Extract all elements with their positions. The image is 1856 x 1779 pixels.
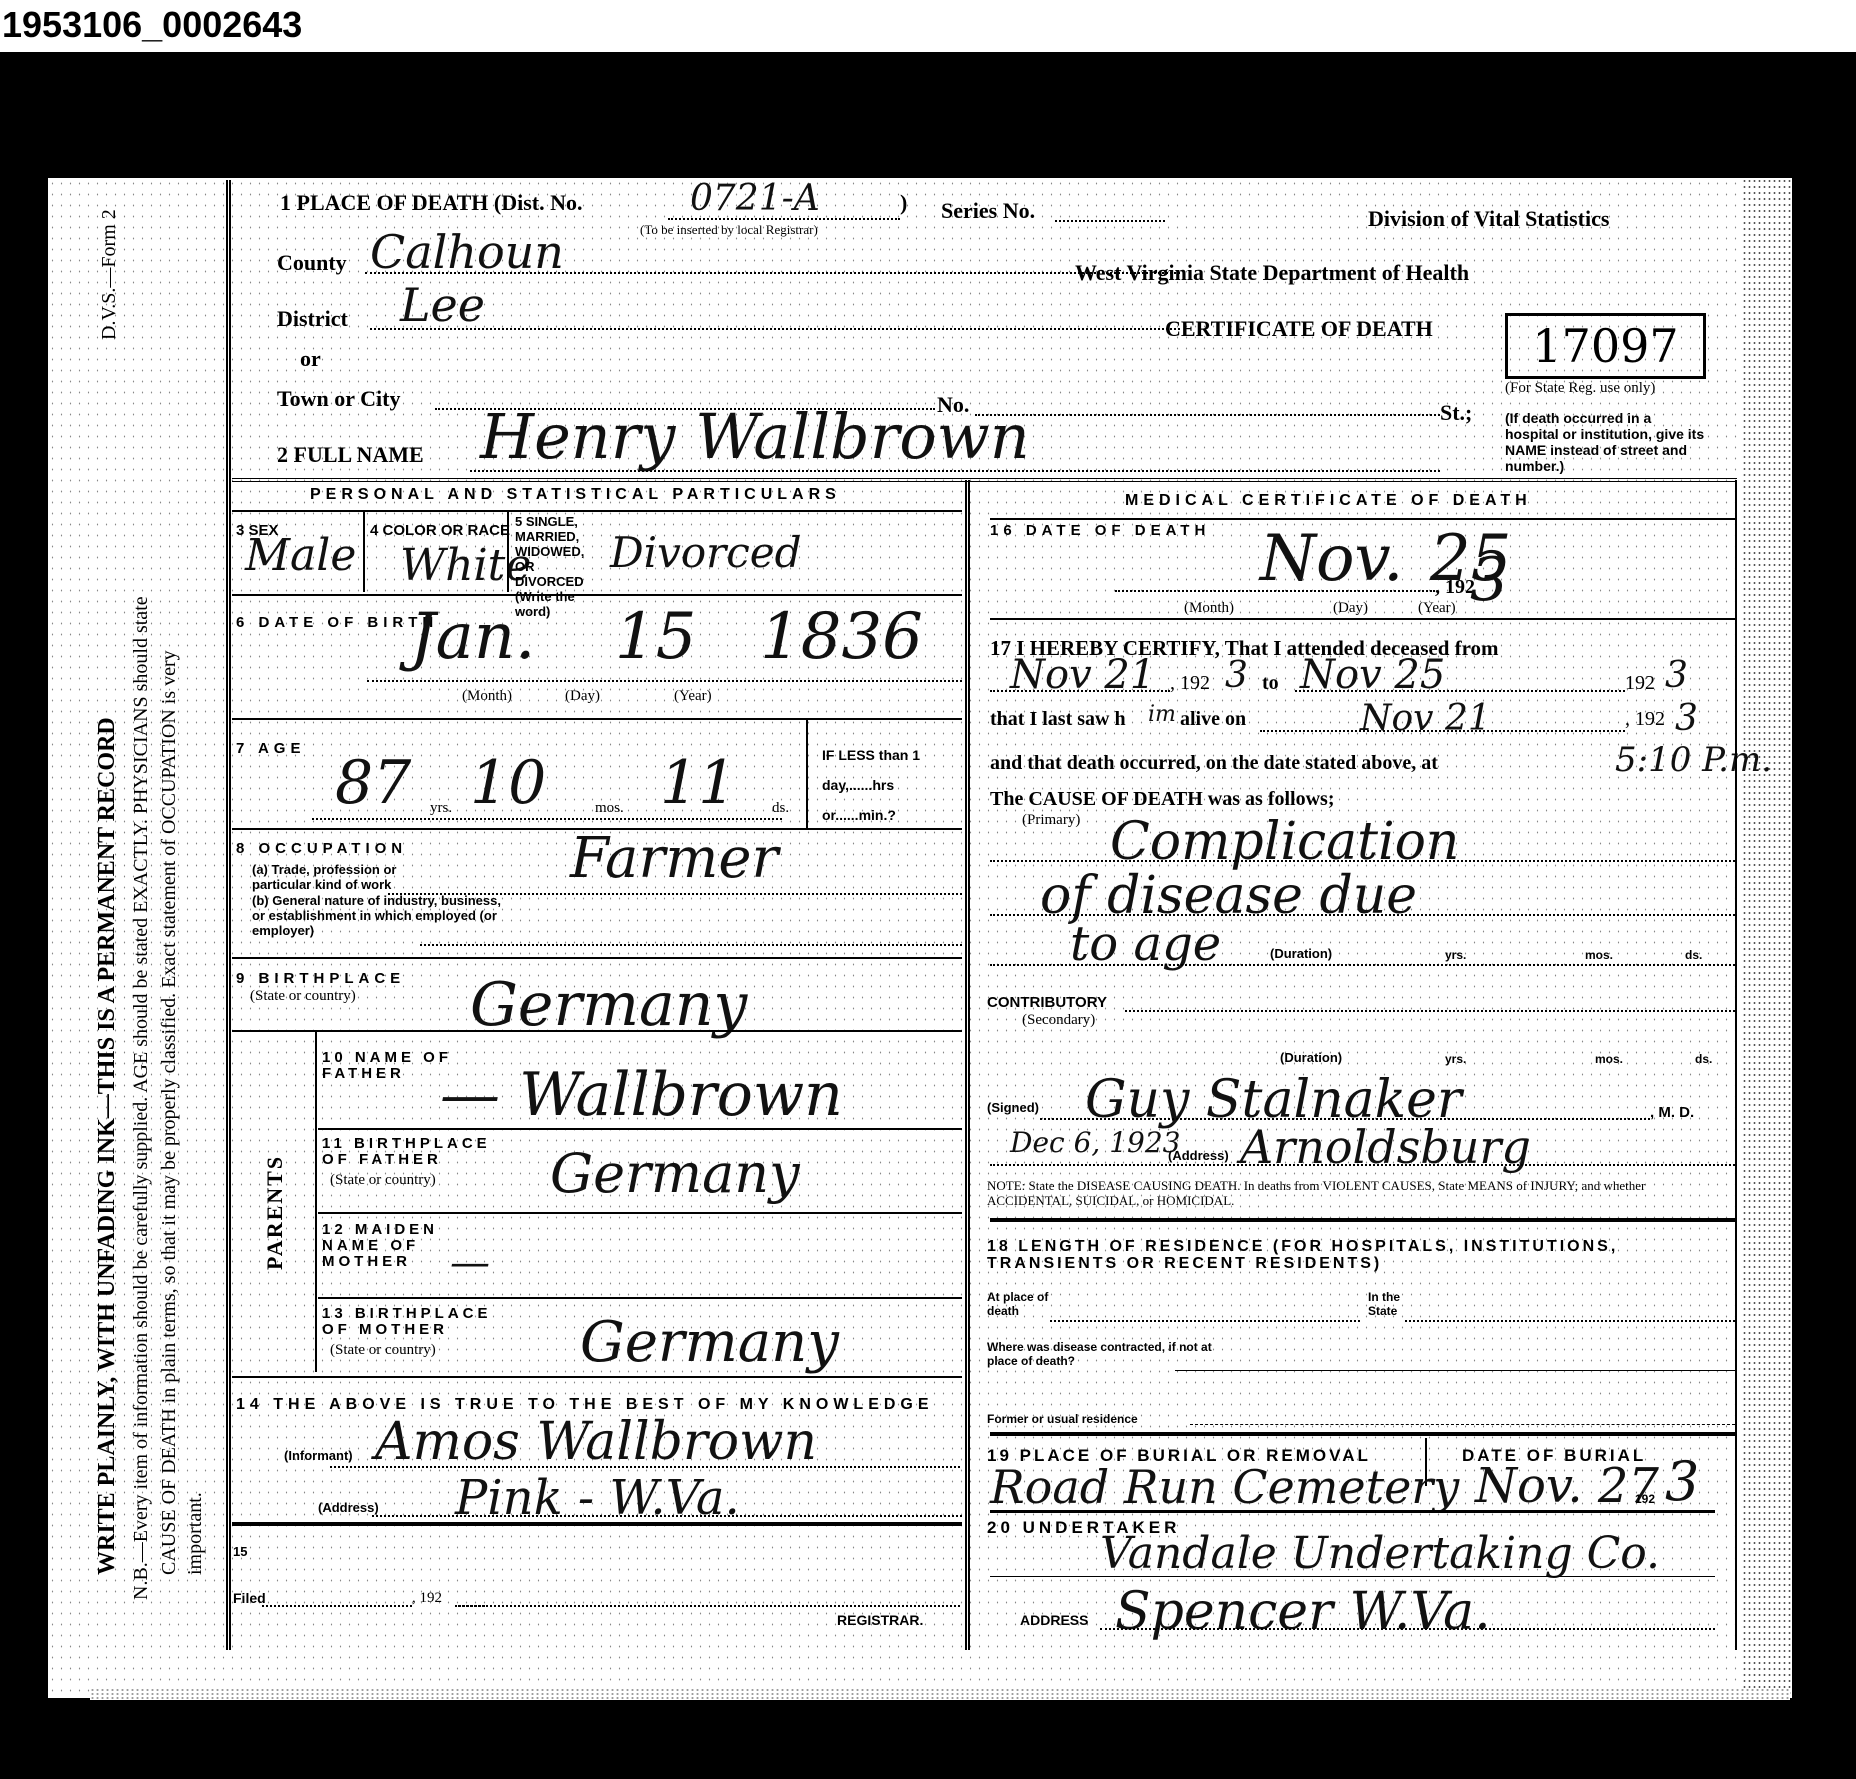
rule xyxy=(990,518,1735,520)
place-of-death-label: 1 PLACE OF DEATH (Dist. No. xyxy=(280,190,583,216)
age-days: 11 xyxy=(660,748,736,818)
marital-value: Divorced xyxy=(610,528,801,577)
where-contracted-label: Where was disease contracted, if not at … xyxy=(987,1340,1217,1368)
dod-day-caption: (Day) xyxy=(1333,600,1368,617)
dob-label: 6 DATE OF BIRTH xyxy=(236,614,438,631)
duration-mos: mos. xyxy=(1585,948,1613,962)
attended-from-year: 3 xyxy=(1225,655,1248,696)
rule xyxy=(363,512,365,592)
full-name-line xyxy=(470,470,1440,472)
rule xyxy=(806,720,808,828)
title-bar: 1953106_0002643 xyxy=(0,0,1856,52)
filed-label: Filed xyxy=(233,1590,266,1606)
header-divider xyxy=(232,478,1737,482)
street-line xyxy=(975,414,1440,416)
form-code: D.V.S.—Form 2 xyxy=(98,209,121,340)
instruction-main: WRITE PLAINLY, WITH UNFADING INK—THIS IS… xyxy=(94,717,121,1575)
occupation-value: Farmer xyxy=(570,826,778,891)
rule xyxy=(232,957,962,959)
rule xyxy=(315,1032,317,1372)
cert-number-note: (For State Reg. use only) xyxy=(1505,380,1655,397)
md-label: , M. D. xyxy=(1650,1104,1694,1121)
last-saw-line xyxy=(1260,730,1625,732)
dob-year: 1836 xyxy=(760,600,923,674)
cause-line-1: Complication xyxy=(1110,812,1459,872)
registrar-label: REGISTRAR. xyxy=(837,1612,923,1628)
duration-yrs-2: yrs. xyxy=(1445,1052,1466,1066)
county-label: County xyxy=(277,250,347,276)
undertaker-address-value: Spencer W.Va. xyxy=(1115,1582,1491,1642)
street-st-label: St.; xyxy=(1440,400,1472,426)
filed-number: 15 xyxy=(233,1544,247,1559)
race-value: White xyxy=(400,540,531,591)
duration-yrs: yrs. xyxy=(1445,948,1466,962)
dod-line xyxy=(1115,590,1435,592)
duration-ds-2: ds. xyxy=(1695,1052,1712,1066)
rule xyxy=(232,1522,962,1526)
disease-note: NOTE: State the DISEASE CAUSING DEATH. I… xyxy=(987,1178,1727,1208)
undertaker-address-line xyxy=(1100,1628,1715,1630)
certificate-number: 17097 xyxy=(1532,319,1678,373)
rule xyxy=(232,1030,962,1032)
informant-line xyxy=(330,1466,960,1468)
duration-ds: ds. xyxy=(1685,948,1702,962)
informant-value: Amos Wallbrown xyxy=(375,1412,817,1472)
dod-year-digit: 3 xyxy=(1470,545,1508,615)
at-place-line xyxy=(1050,1320,1360,1322)
burial-year-prefix: 192 xyxy=(1635,1492,1655,1506)
personal-section-title: PERSONAL AND STATISTICAL PARTICULARS xyxy=(310,486,841,504)
mother-name-value: — xyxy=(450,1240,490,1286)
certificate-number-box: 17097 xyxy=(1505,313,1706,379)
where-contracted-line xyxy=(1175,1370,1735,1371)
occupation-line-b xyxy=(420,944,962,946)
age-line xyxy=(312,818,782,820)
occupation-sub-b: (b) General nature of industry, business… xyxy=(252,893,502,938)
rule xyxy=(318,1297,962,1299)
undertaker-line xyxy=(990,1576,1715,1577)
attended-from-line xyxy=(990,690,1170,692)
dob-month-caption: (Month) xyxy=(462,688,512,705)
birthplace-label: 9 BIRTHPLACE xyxy=(236,970,405,987)
instruction-nb-3: important. xyxy=(184,1492,207,1575)
instruction-nb-1: N.B.—Every item of information should be… xyxy=(130,596,153,1600)
duration-caption-2: (Duration) xyxy=(1280,1050,1342,1065)
filed-year-label: , 192 xyxy=(412,1590,442,1607)
age-label: 7 AGE xyxy=(236,740,305,757)
sex-value: Male xyxy=(245,530,356,581)
medical-section-title: MEDICAL CERTIFICATE OF DEATH xyxy=(1125,492,1532,510)
dist-note: (To be inserted by local Registrar) xyxy=(640,222,818,238)
mother-birthplace-sub: (State or country) xyxy=(330,1342,436,1359)
full-name-label: 2 FULL NAME xyxy=(277,442,424,468)
rule xyxy=(318,1128,962,1130)
physician-address-label: (Address) xyxy=(1168,1148,1229,1163)
dod-year-caption: (Year) xyxy=(1418,600,1456,617)
rule xyxy=(232,1376,962,1378)
series-label: Series No. xyxy=(941,198,1035,224)
last-saw-label: that I last saw h xyxy=(990,708,1126,731)
race-label: 4 COLOR OR RACE xyxy=(370,522,510,539)
dist-line xyxy=(668,218,900,220)
undertaker-address-label: ADDRESS xyxy=(1020,1612,1088,1628)
rule xyxy=(507,512,509,592)
occupation-label: 8 OCCUPATION xyxy=(236,840,407,857)
paper-edge xyxy=(1742,178,1792,1698)
last-saw-date: Nov 21 xyxy=(1360,698,1491,739)
series-line xyxy=(1055,220,1165,222)
signed-date: Dec 6, 1923 xyxy=(1010,1126,1180,1159)
dod-label: 16 DATE OF DEATH xyxy=(990,522,1210,539)
former-residence-line xyxy=(1190,1424,1735,1425)
column-divider xyxy=(965,480,970,1650)
hospital-note: (If death occurred in a hospital or inst… xyxy=(1505,410,1705,474)
cause-line-1-rule xyxy=(990,860,1735,862)
form-right-border xyxy=(1735,480,1737,1650)
attended-to-line xyxy=(1295,690,1625,692)
time-of-death: 5:10 P.m. xyxy=(1615,740,1772,780)
former-residence-label: Former or usual residence xyxy=(987,1412,1138,1426)
duration-rule xyxy=(990,964,1735,966)
informant-address-label: (Address) xyxy=(318,1500,379,1515)
parents-label: PARENTS xyxy=(262,1155,288,1270)
district-value: Lee xyxy=(400,278,485,332)
in-state-label: In the State xyxy=(1368,1290,1418,1318)
at-place-label: At place of death xyxy=(987,1290,1057,1318)
mother-birthplace-label: 13 BIRTHPLACE OF MOTHER xyxy=(322,1306,492,1338)
or-label: or xyxy=(300,346,321,372)
document-id: 1953106_0002643 xyxy=(2,4,302,46)
dist-close-paren: ) xyxy=(900,190,907,216)
county-line xyxy=(365,272,1180,274)
signed-label: (Signed) xyxy=(987,1100,1039,1115)
ds-caption: ds. xyxy=(772,800,789,817)
last-saw-pronoun: im xyxy=(1148,702,1176,727)
mos-caption: mos. xyxy=(595,800,624,817)
dod-month-caption: (Month) xyxy=(1184,600,1234,617)
dod-year-prefix: , 192 xyxy=(1435,576,1475,599)
rule xyxy=(990,618,1735,620)
birthplace-sub: (State or country) xyxy=(250,988,356,1005)
rule xyxy=(232,594,962,596)
registrar-line xyxy=(455,1605,960,1607)
county-value: Calhoun xyxy=(370,225,564,279)
contributory-label: CONTRIBUTORY xyxy=(987,994,1107,1011)
contributory-line xyxy=(1125,1010,1735,1012)
alive-on-label: alive on xyxy=(1180,708,1246,731)
informant-label: (Informant) xyxy=(284,1448,353,1463)
in-state-line xyxy=(1405,1320,1735,1322)
form-left-border xyxy=(226,180,231,1650)
residence-label: 18 LENGTH OF RESIDENCE (FOR HOSPITALS, I… xyxy=(987,1238,1727,1272)
dod-month: Nov. xyxy=(1260,522,1403,596)
father-birthplace-value: Germany xyxy=(550,1142,800,1205)
primary-caption: (Primary) xyxy=(1022,812,1080,829)
dob-day-caption: (Day) xyxy=(565,688,600,705)
certificate-title: CERTIFICATE OF DEATH xyxy=(1165,316,1433,342)
yrs-caption: yrs. xyxy=(430,800,452,817)
informant-address-line xyxy=(372,1515,962,1517)
dist-no-value: 0721-A xyxy=(690,178,820,219)
rule xyxy=(990,1218,1735,1222)
rule xyxy=(990,1510,1715,1513)
undertaker-value: Vandale Undertaking Co. xyxy=(1100,1528,1660,1579)
occupation-line-a xyxy=(388,893,962,895)
occupation-sub-a: (a) Trade, profession or particular kind… xyxy=(252,862,422,892)
district-label: District xyxy=(277,306,348,332)
age-months: 10 xyxy=(470,748,546,818)
secondary-caption: (Secondary) xyxy=(1022,1012,1095,1029)
less-than-day-label: IF LESS than 1 day,......hrs or......min… xyxy=(822,740,962,830)
father-birthplace-label: 11 BIRTHPLACE OF FATHER xyxy=(322,1136,492,1168)
rule xyxy=(232,718,962,720)
town-label: Town or City xyxy=(277,386,400,412)
district-line xyxy=(370,328,1180,330)
death-occurred-label: and that death occurred, on the date sta… xyxy=(990,752,1438,775)
rule xyxy=(232,510,962,512)
father-birthplace-sub: (State or country) xyxy=(330,1172,436,1189)
dob-month: Jan. xyxy=(410,600,535,674)
burial-date-value: Nov. 27 xyxy=(1475,1458,1659,1514)
paper-bottom-edge xyxy=(90,1688,1790,1700)
burial-place-value: Road Run Cemetery xyxy=(990,1460,1459,1514)
father-name-value: — Wallbrown xyxy=(440,1060,843,1130)
age-years: 87 xyxy=(335,748,411,818)
last-saw-year: 3 xyxy=(1675,698,1698,739)
rule xyxy=(990,1432,1735,1436)
dob-line xyxy=(367,680,962,682)
cause-label: The CAUSE OF DEATH was as follows; xyxy=(990,788,1334,811)
full-name-value: Henry Wallbrown xyxy=(480,400,1030,473)
rule xyxy=(318,1212,962,1214)
division-title: Division of Vital Statistics xyxy=(1368,206,1609,232)
informant-address-value: Pink - W.Va. xyxy=(455,1470,740,1526)
mother-birthplace-value: Germany xyxy=(580,1310,839,1375)
dob-year-caption: (Year) xyxy=(674,688,712,705)
duration-mos-2: mos. xyxy=(1595,1052,1623,1066)
burial-year-digit: 3 xyxy=(1665,1450,1699,1513)
instruction-nb-2: CAUSE OF DEATH in plain terms, so that i… xyxy=(158,650,181,1575)
duration-caption: (Duration) xyxy=(1270,946,1332,961)
filed-line xyxy=(262,1605,412,1607)
address-rule xyxy=(990,1164,1735,1166)
attended-to-year: 3 xyxy=(1665,655,1688,696)
to-label: to xyxy=(1262,672,1279,695)
dob-day: 15 xyxy=(615,600,696,674)
